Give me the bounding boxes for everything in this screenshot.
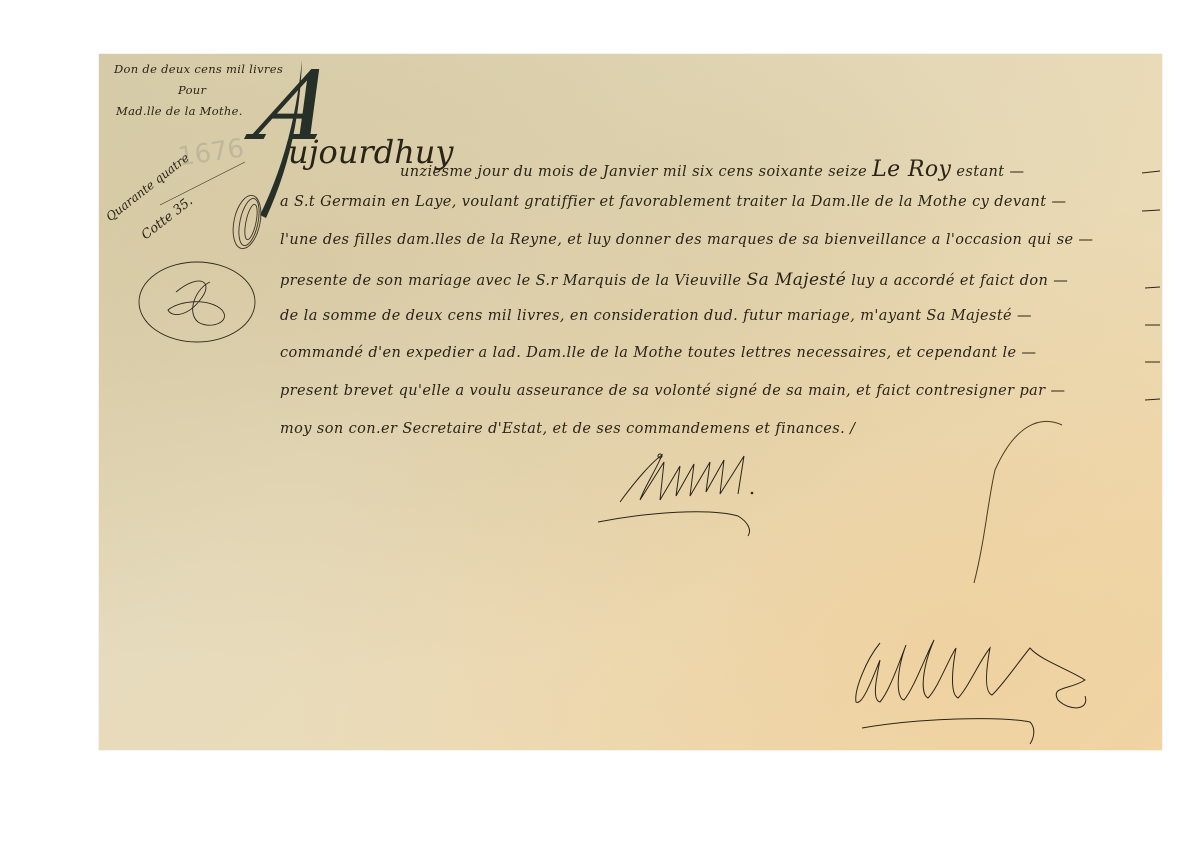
line-end-dashes [1142, 171, 1160, 400]
louis-signature-icon [598, 454, 753, 536]
hook-flourish-icon [974, 421, 1062, 583]
initial-stroke-icon [260, 60, 302, 218]
ink-strokes [0, 0, 1200, 848]
monogram-stamp-icon [139, 262, 255, 342]
coil-flourish-icon [229, 193, 266, 251]
colbert-signature-icon [856, 640, 1086, 744]
